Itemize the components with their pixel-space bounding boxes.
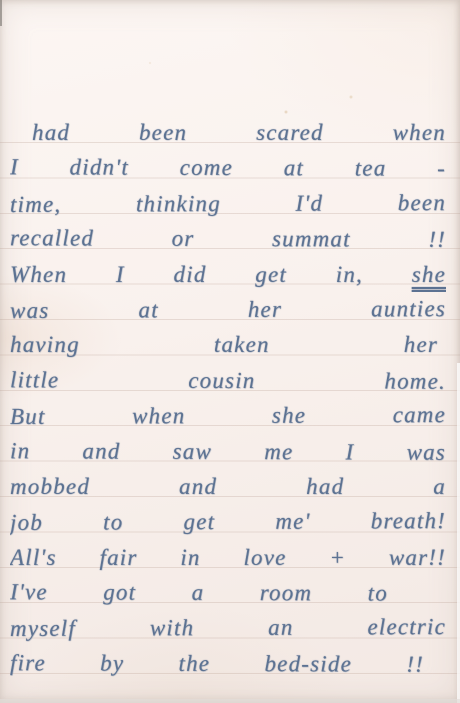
line-text: had been scared when	[32, 120, 446, 145]
handwritten-line: time, thinking I'd been	[10, 185, 446, 222]
handwritten-line: When I did get in, she	[10, 257, 446, 292]
handwritten-line: recalled or summat !!	[10, 220, 446, 257]
handwritten-line: But when she came	[10, 397, 446, 434]
underlined-word: she	[412, 262, 446, 287]
handwritten-line: All's fair in love + war!!	[10, 540, 446, 575]
line-text: was at her aunties	[10, 296, 446, 323]
handwritten-line: was at her aunties	[10, 291, 446, 328]
line-text: in and saw me I was	[10, 438, 446, 465]
handwritten-line: mobbed and had a	[10, 469, 446, 504]
line-text: little cousin home.	[10, 367, 446, 394]
line-text: mobbed and had a	[10, 474, 446, 499]
line-text: fire by the bed-side !!	[10, 650, 424, 676]
line-text: But when she came	[10, 402, 446, 429]
letter-photo: had been scared when I didn't come at te…	[0, 0, 460, 703]
line-text: having taken her	[10, 332, 438, 357]
photo-edge-artifact	[0, 699, 460, 703]
handwritten-line: had been scared when	[10, 115, 446, 150]
line-text: All's fair in love + war!!	[10, 545, 446, 570]
line-text: myself with an electric	[10, 615, 446, 642]
line-text: I didn't come at tea -	[10, 155, 446, 182]
line-text: recalled or summat !!	[10, 225, 446, 252]
line-text: I've got a room to	[10, 579, 388, 605]
handwritten-line: having taken her	[10, 327, 446, 362]
handwritten-line: I've got a room to	[10, 574, 446, 611]
line-text: job to get me' breath!	[10, 508, 446, 535]
line-text: When I did get in,	[10, 262, 363, 287]
handwritten-line: little cousin home.	[10, 362, 446, 399]
handwritten-line: fire by the bed-side !!	[10, 645, 446, 682]
handwritten-text: had been scared when I didn't come at te…	[0, 0, 460, 703]
handwritten-line: myself with an electric	[10, 610, 446, 647]
line-text: time, thinking I'd been	[10, 190, 446, 217]
handwritten-line: job to get me' breath!	[10, 503, 446, 540]
handwritten-line: I didn't come at tea -	[10, 150, 446, 187]
handwritten-line: in and saw me I was	[10, 433, 446, 470]
